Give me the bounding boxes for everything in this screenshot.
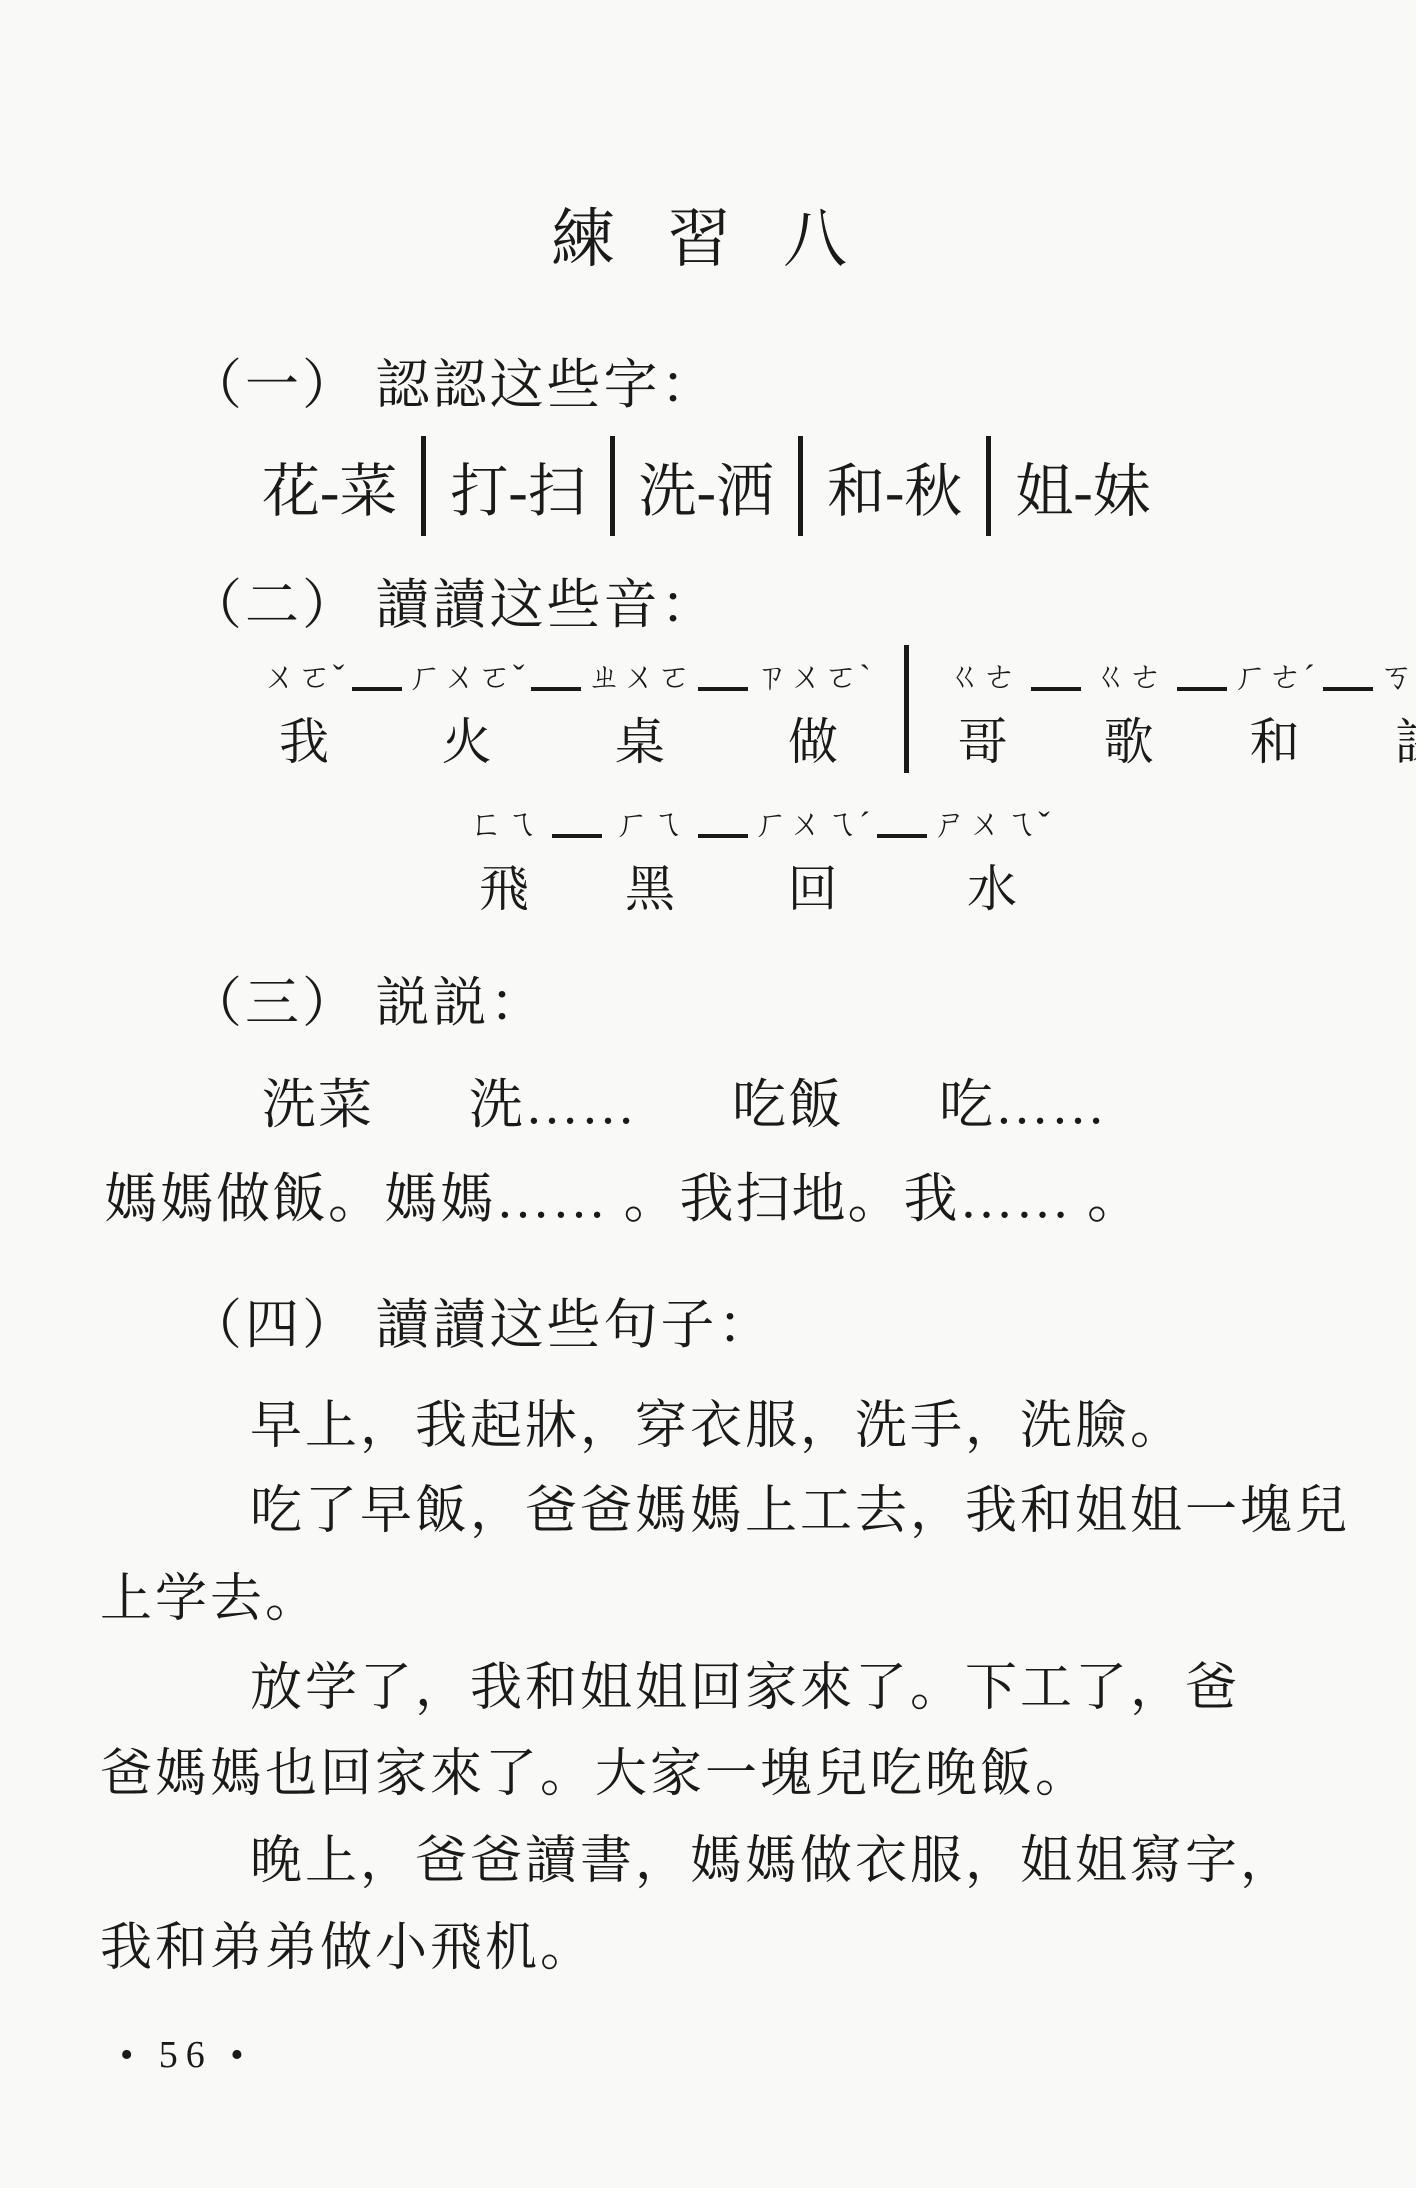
speak-prompt: 吃飯: [732, 1062, 844, 1139]
zhuyin-syllable: ㄏㄟ: [615, 792, 685, 842]
zhuyin-syllable: ㄕㄨㄟˇ: [933, 792, 1050, 842]
word-pair: 洗-洒: [639, 444, 774, 528]
speak-prompt-row: 洗菜 洗…… 吃飯 吃……: [262, 1062, 1107, 1139]
textbook-page: 練 習 八 （一） 認認这些字： 花-菜 打-扫 洗-洒 和-秋 姐-妹 （二）…: [0, 0, 1416, 2188]
fill-in-blank-line: [877, 792, 927, 838]
zhuyin-unit: ㄈㄟ 飛: [462, 792, 546, 914]
section-2-header: （二） 讀讀这些音：: [188, 562, 718, 639]
hanzi-character: 和: [1250, 717, 1300, 767]
pair-divider-line: [421, 436, 426, 536]
hanzi-character: 歌: [1104, 717, 1154, 767]
zhuyin-unit: ㄗㄨㄛˋ 做: [754, 645, 871, 767]
sentence-line: 晚上，爸爸讀書，媽媽做衣服，姐姐寫字，: [250, 1818, 1295, 1893]
speak-prompt: 洗……: [469, 1062, 637, 1139]
fill-in-blank-line: [531, 645, 581, 691]
zhuyin-unit: ㄎㄜˋ 課: [1379, 645, 1416, 767]
sentence-line: 爸媽媽也回家來了。大家一塊兒吃晚飯。: [100, 1731, 1090, 1806]
sentence-line: 早上，我起牀，穿衣服，洗手，洗臉。: [250, 1383, 1185, 1458]
fill-in-blank-line: [698, 645, 748, 691]
hanzi-character: 我: [279, 717, 329, 767]
hanzi-character: 火: [442, 717, 492, 767]
hanzi-character: 飛: [479, 864, 529, 914]
zhuyin-unit: ㄓㄨㄛ 桌: [587, 645, 692, 767]
sentence-line: 放学了，我和姐姐回家來了。下工了，爸: [250, 1645, 1240, 1720]
fill-in-blank-line: [1031, 645, 1081, 691]
zhuyin-syllable: ㄓㄨㄛ: [587, 645, 692, 695]
zhuyin-syllable: ㄎㄜˋ: [1379, 645, 1416, 695]
hanzi-character: 黑: [625, 864, 675, 914]
word-pair: 花-菜: [262, 444, 397, 528]
section-4-header: （四） 讀讀这些句子：: [188, 1282, 775, 1359]
sentence-line: 上学去。: [100, 1556, 320, 1631]
pair-divider-line: [798, 436, 803, 536]
fill-in-blank-line: [698, 792, 748, 838]
fill-in-blank-line: [1323, 645, 1373, 691]
hanzi-character: 桌: [615, 717, 665, 767]
speak-sentence-line: 媽媽做飯。媽媽…… 。我扫地。我…… 。: [104, 1156, 1143, 1233]
zhuyin-syllable: ㄨㄛˇ: [263, 645, 345, 695]
page-title: 練 習 八: [0, 188, 1416, 280]
zhuyin-unit: ㄨㄛˇ 我: [262, 645, 346, 767]
speak-prompt: 洗菜: [262, 1062, 374, 1139]
hanzi-character: 課: [1396, 717, 1416, 767]
page-number: • 56 •: [120, 2033, 252, 2077]
zhuyin-unit: ㄏㄨㄛˇ 火: [408, 645, 525, 767]
zhuyin-unit: ㄍㄜ 哥: [941, 645, 1025, 767]
sentence-line: 我和弟弟做小飛机。: [100, 1905, 595, 1980]
zhuyin-unit: ㄏㄨㄟˊ 回: [754, 792, 871, 914]
zhuyin-syllable: ㄏㄜˊ: [1233, 645, 1315, 695]
pair-divider-line: [986, 436, 991, 536]
zhuyin-syllable: ㄏㄨㄟˊ: [754, 792, 871, 842]
hanzi-character: 哥: [958, 717, 1008, 767]
word-pair: 姐-妹: [1015, 444, 1150, 528]
group-divider-line: [904, 645, 909, 773]
section-3-header: （三） 説説：: [188, 960, 547, 1037]
hanzi-character: 做: [788, 717, 838, 767]
character-pairs-row: 花-菜 打-扫 洗-洒 和-秋 姐-妹: [262, 436, 1151, 536]
hanzi-character: 水: [967, 864, 1017, 914]
sentence-line: 吃了早飯，爸爸媽媽上工去，我和姐姐一塊兒: [250, 1468, 1350, 1543]
zhuyin-unit: ㄏㄜˊ 和: [1233, 645, 1317, 767]
zhuyin-syllable: ㄍㄜ: [948, 645, 1018, 695]
fill-in-blank-line: [552, 792, 602, 838]
word-pair: 打-扫: [450, 444, 585, 528]
section-1-header: （一） 認認这些字：: [188, 342, 718, 419]
zhuyin-syllable: ㄈㄟ: [469, 792, 539, 842]
pronunciation-row-2: ㄈㄟ 飛 ㄏㄟ 黑 ㄏㄨㄟˊ 回 ㄕㄨㄟˇ 水: [462, 792, 1051, 914]
speak-prompt: 吃……: [939, 1062, 1107, 1139]
zhuyin-syllable: ㄏㄨㄛˇ: [408, 645, 525, 695]
fill-in-blank-line: [352, 645, 402, 691]
zhuyin-unit: ㄍㄜ 歌: [1087, 645, 1171, 767]
zhuyin-unit: ㄏㄟ 黑: [608, 792, 692, 914]
zhuyin-syllable: ㄗㄨㄛˋ: [754, 645, 871, 695]
fill-in-blank-line: [1177, 645, 1227, 691]
hanzi-character: 回: [788, 864, 838, 914]
word-pair: 和-秋: [827, 444, 962, 528]
zhuyin-unit: ㄕㄨㄟˇ 水: [933, 792, 1050, 914]
pair-divider-line: [610, 436, 615, 536]
pronunciation-row-1: ㄨㄛˇ 我 ㄏㄨㄛˇ 火 ㄓㄨㄛ 桌 ㄗㄨㄛˋ 做 ㄍㄜ 哥 ㄍㄜ 歌: [262, 645, 1416, 773]
zhuyin-syllable: ㄍㄜ: [1094, 645, 1164, 695]
